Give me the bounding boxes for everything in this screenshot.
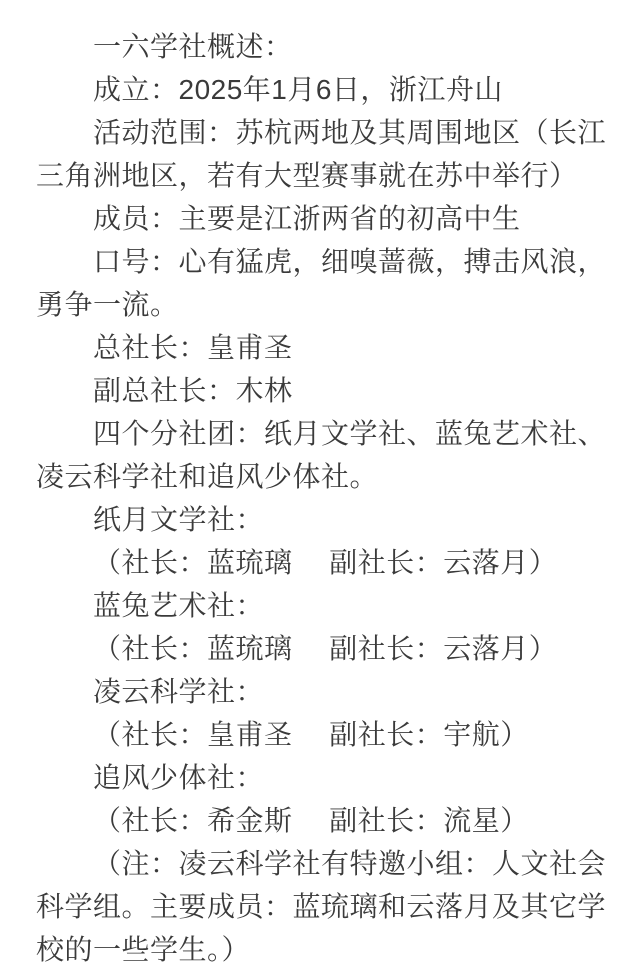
document-page: 一六学社概述：成立：2025年1月6日，浙江舟山活动范围：苏杭两地及其周围地区（… [0,0,640,975]
text-line: （社长：蓝琉璃 副社长：云落月） [36,627,612,670]
text-line: 成员：主要是江浙两省的初高中生 [36,197,612,240]
text-line: 总社长：皇甫圣 [36,326,612,369]
text-line: 科学组。主要成员：蓝琉璃和云落月及其它学 [36,885,612,928]
text-line: 三角洲地区，若有大型赛事就在苏中举行） [36,154,612,197]
text-line: 一六学社概述： [36,25,612,68]
text-line: （社长：蓝琉璃 副社长：云落月） [36,541,612,584]
text-line: 副总社长：木林 [36,369,612,412]
text-line: 凌云科学社： [36,670,612,713]
text-line: （注：凌云科学社有特邀小组：人文社会 [36,842,612,885]
text-line: 口号：心有猛虎，细嗅蔷薇，搏击风浪， [36,240,612,283]
text-line: 追风少体社： [36,756,612,799]
text-line: 凌云科学社和追风少体社。 [36,455,612,498]
text-line: 蓝兔艺术社： [36,584,612,627]
text-line: 校的一些学生。） [36,928,612,971]
text-line: 成立：2025年1月6日，浙江舟山 [36,68,612,111]
text-line: 四个分社团：纸月文学社、蓝兔艺术社、 [36,412,612,455]
text-line: 勇争一流。 [36,283,612,326]
text-line: 纸月文学社： [36,498,612,541]
text-line: （社长：希金斯 副社长：流星） [36,799,612,842]
text-line: 活动范围：苏杭两地及其周围地区（长江 [36,111,612,154]
article-text: 一六学社概述：成立：2025年1月6日，浙江舟山活动范围：苏杭两地及其周围地区（… [36,25,612,971]
text-line: （社长：皇甫圣 副社长：宇航） [36,713,612,756]
